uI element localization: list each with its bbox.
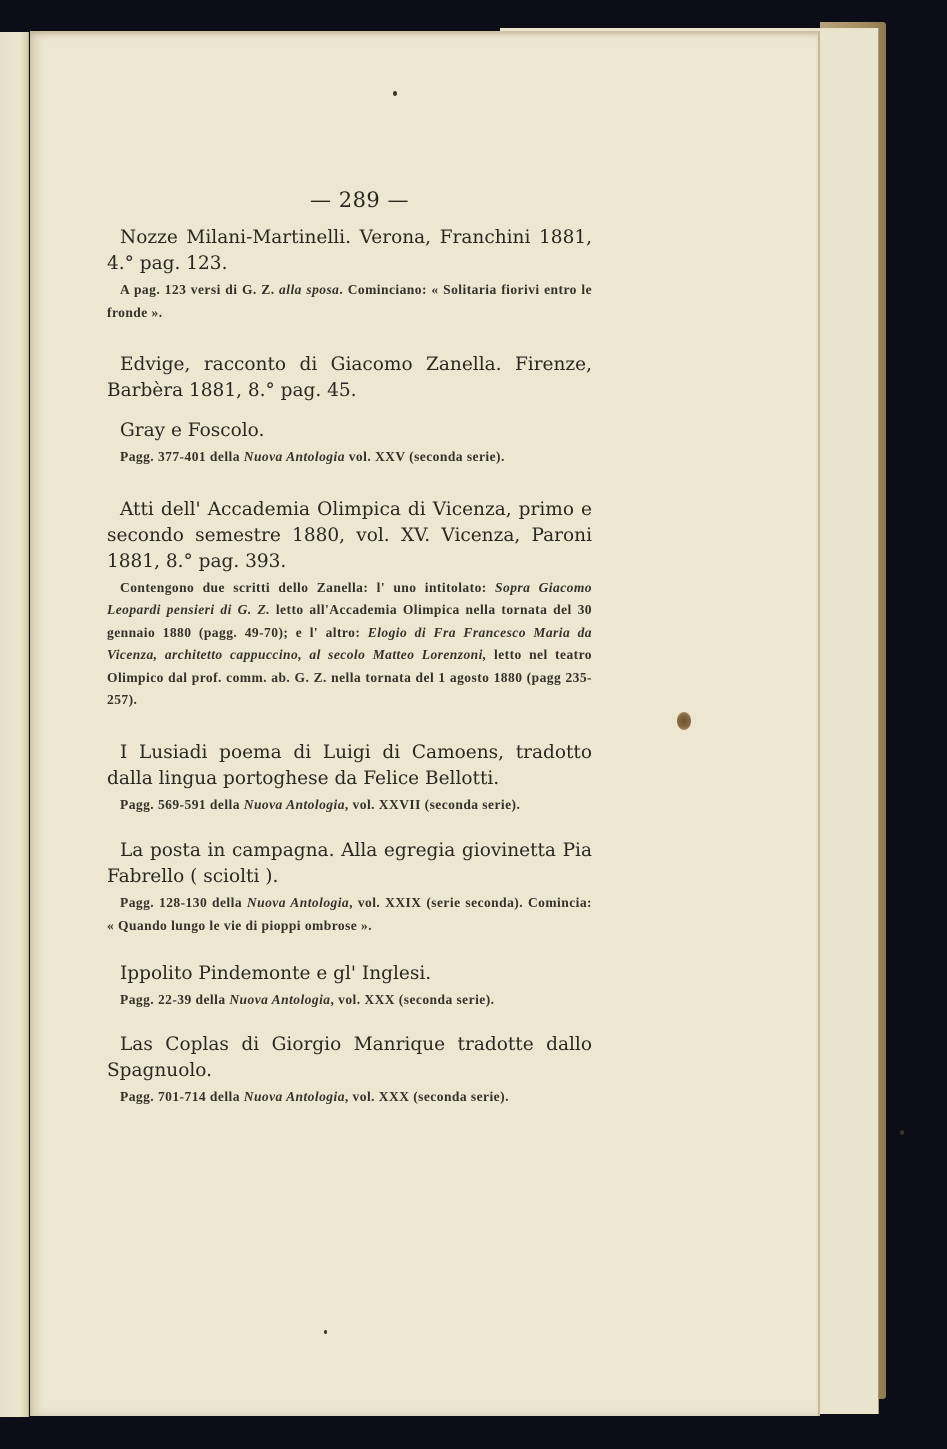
entry-title: La posta in campagna. Alla egregia giovi… [107,838,592,890]
entry-note: Contengono due scritti dello Zanella: l'… [107,577,592,712]
note-italic-text: Nuova Antologia [247,895,349,910]
entry-note: Pagg. 128-130 della Nuova Antologia, vol… [107,892,592,937]
bibliography-entry: Nozze Milani-Martinelli. Verona, Franchi… [107,225,592,324]
note-text: Pagg. 128-130 della [120,895,247,910]
note-text: , vol. XXVII (seconda serie). [345,797,520,812]
page-content: — 289 — Nozze Milani-Martinelli. Verona,… [107,188,592,1130]
entry-title: Atti dell' Accademia Olimpica di Vicenza… [107,497,592,575]
note-italic-text: Nuova Antologia [229,992,330,1007]
note-italic-text: Nuova Antologia [244,797,345,812]
entry-note: A pag. 123 versi di G. Z. alla sposa. Co… [107,279,592,324]
bibliography-entry: La posta in campagna. Alla egregia giovi… [107,838,592,937]
entry-title: Gray e Foscolo. [107,418,592,444]
entry-title: Nozze Milani-Martinelli. Verona, Franchi… [107,225,592,277]
note-text: Pagg. 569-591 della [120,797,244,812]
ink-speck [324,1330,327,1334]
note-text: Pagg. 377-401 della [120,449,244,464]
note-italic-text: alla sposa [279,282,339,297]
entry-title: Las Coplas di Giorgio Manrique tradotte … [107,1032,592,1084]
note-italic-text: Nuova Antologia [244,449,345,464]
note-text: , vol. XXX (seconda serie). [330,992,494,1007]
note-text: Contengono due scritti dello Zanella: l'… [120,580,495,595]
ink-blot [677,712,691,730]
page-edge [818,31,820,1416]
entry-note: Pagg. 377-401 della Nuova Antologia vol.… [107,446,592,469]
bibliography-entry: Atti dell' Accademia Olimpica di Vicenza… [107,497,592,712]
note-italic-text: Nuova Antologia [244,1089,345,1104]
previous-page-edge [0,32,29,1417]
ink-speck [900,1130,904,1135]
note-text: , vol. XXX (seconda serie). [345,1089,509,1104]
page-number: — 289 — [107,188,592,212]
ink-speck [393,91,397,96]
entry-title: Edvige, racconto di Giacomo Zanella. Fir… [107,352,592,404]
note-text: Pagg. 701-714 della [120,1089,244,1104]
note-text: A pag. 123 versi di G. Z. [120,282,279,297]
entry-title: Ippolito Pindemonte e gl' Inglesi. [107,961,592,987]
note-text: vol. XXV (seconda serie). [345,449,505,464]
entry-note: Pagg. 701-714 della Nuova Antologia, vol… [107,1086,592,1109]
note-text: Pagg. 22-39 della [120,992,229,1007]
bibliography-entry: I Lusiadi poema di Luigi di Camoens, tra… [107,740,592,817]
bibliography-entry: Gray e Foscolo. Pagg. 377-401 della Nuov… [107,418,592,469]
entry-note: Pagg. 22-39 della Nuova Antologia, vol. … [107,989,592,1012]
bibliography-entry: Ippolito Pindemonte e gl' Inglesi. Pagg.… [107,961,592,1012]
entry-title: I Lusiadi poema di Luigi di Camoens, tra… [107,740,592,792]
scanned-book-spread: — 289 — Nozze Milani-Martinelli. Verona,… [0,0,947,1449]
bibliography-entry: Las Coplas di Giorgio Manrique tradotte … [107,1032,592,1109]
entry-note: Pagg. 569-591 della Nuova Antologia, vol… [107,794,592,817]
bibliography-entry: Edvige, racconto di Giacomo Zanella. Fir… [107,352,592,404]
